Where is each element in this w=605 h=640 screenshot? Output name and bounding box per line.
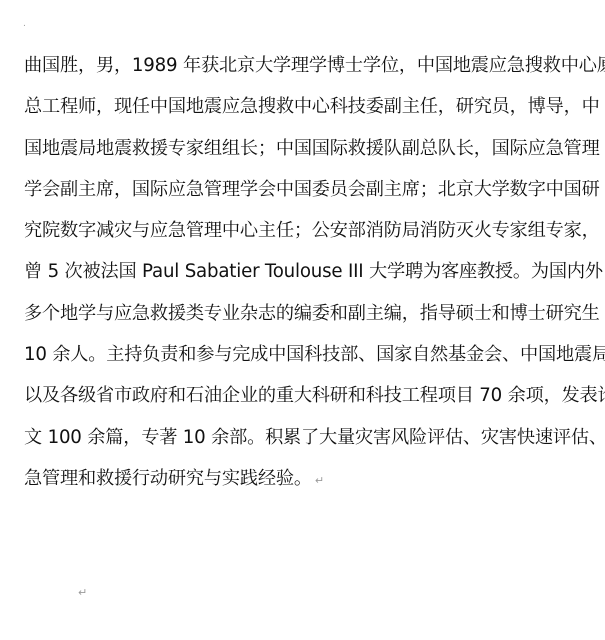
empty-paragraph-return-icon[interactable]: ↵ <box>78 587 87 598</box>
text-line: 曲国胜，男，1989 年获北京大学理学博士学位，中国地震应急搜救中心原 <box>24 45 569 86</box>
paragraph-mark-top: . <box>23 20 26 29</box>
biography-paragraph[interactable]: 曲国胜，男，1989 年获北京大学理学博士学位，中国地震应急搜救中心原 总工程师… <box>24 45 569 499</box>
text-line: 以及各级省市政府和石油企业的重大科研和科技工程项目 70 余项，发表论 <box>24 375 569 416</box>
text-line: 10 余人。主持负责和参与完成中国科技部、国家自然基金会、中国地震局 <box>24 334 569 375</box>
text-line: 急管理和救援行动研究与实践经验。↵ <box>24 458 569 499</box>
paragraph-return-icon: ↵ <box>315 474 324 487</box>
text-line: 文 100 余篇，专著 10 余部。积累了大量灾害风险评估、灾害快速评估、应 <box>24 417 569 458</box>
text-line: 多个地学与应急救援类专业杂志的编委和副主编，指导硕士和博士研究生 <box>24 293 569 334</box>
text-line: 学会副主席，国际应急管理学会中国委员会副主席；北京大学数字中国研 <box>24 169 569 210</box>
text-line: 究院数字减灾与应急管理中心主任；公安部消防局消防灭火专家组专家， <box>24 210 569 251</box>
text-line: 曾 5 次被法国 Paul Sabatier Toulouse III 大学聘为… <box>24 251 569 292</box>
text-line: 国地震局地震救援专家组组长；中国国际救援队副总队长，国际应急管理 <box>24 128 569 169</box>
text-line: 总工程师，现任中国地震应急搜救中心科技委副主任，研究员，博导，中 <box>24 86 569 127</box>
